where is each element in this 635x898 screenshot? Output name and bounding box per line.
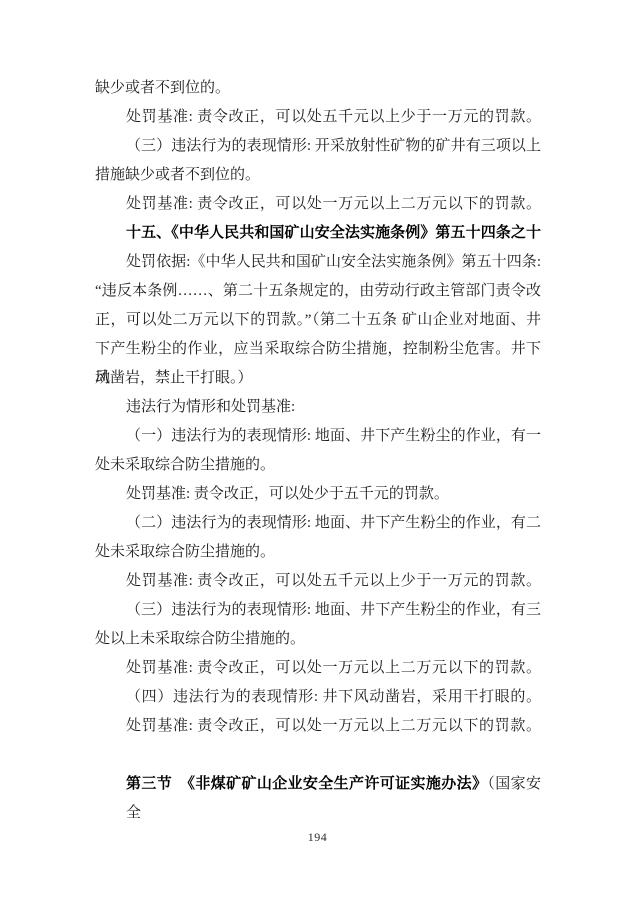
document-page: 缺少或者不到位的。处罚基准: 责令改正，可以处五千元以上少于一万元的罚款。（三）… xyxy=(0,0,635,898)
text-line: 处罚基准: 责令改正，可以处一万元以上二万元以下的罚款。 xyxy=(95,712,541,741)
text-line: 处罚依据:《中华人民共和国矿山安全法实施条例》第五十四条: xyxy=(95,248,541,277)
text-line: 处罚基准: 责令改正，可以处五千元以上少于一万元的罚款。 xyxy=(95,567,541,596)
text-line: 缺少或者不到位的。 xyxy=(95,74,541,103)
text-line: 处未采取综合防尘措施的。 xyxy=(95,538,541,567)
text-line: 处以上未采取综合防尘措施的。 xyxy=(95,625,541,654)
blank-line xyxy=(95,741,541,770)
text-line: 措施缺少或者不到位的。 xyxy=(95,161,541,190)
section-heading: 第三节 《非煤矿矿山企业安全生产许可证实施办法》（国家安全 xyxy=(95,770,541,799)
text-line: （二）违法行为的表现情形: 地面、井下产生粉尘的作业，有二 xyxy=(95,509,541,538)
text-line: （一）违法行为的表现情形: 地面、井下产生粉尘的作业，有一 xyxy=(95,422,541,451)
text-block: 缺少或者不到位的。处罚基准: 责令改正，可以处五千元以上少于一万元的罚款。（三）… xyxy=(95,74,541,799)
page-number: 194 xyxy=(0,830,635,845)
text-line: 处罚基准: 责令改正，可以处少于五千元的罚款。 xyxy=(95,480,541,509)
article-heading: 十五、《中华人民共和国矿山安全法实施条例》第五十四条之十 xyxy=(95,219,541,248)
text-line: 处罚基准: 责令改正，可以处五千元以上少于一万元的罚款。 xyxy=(95,103,541,132)
text-line: 处罚基准: 责令改正，可以处一万元以上二万元以下的罚款。 xyxy=(95,190,541,219)
text-line: （三）违法行为的表现情形: 开采放射性矿物的矿井有三项以上 xyxy=(95,132,541,161)
section-heading-title: 第三节 《非煤矿矿山企业安全生产许可证实施办法》 xyxy=(126,776,487,792)
text-line: （三）违法行为的表现情形: 地面、井下产生粉尘的作业，有三 xyxy=(95,596,541,625)
text-line: 下产生粉尘的作业，应当采取综合防尘措施，控制粉尘危害。井下风 xyxy=(95,335,541,364)
text-line: 处未采取综合防尘措施的。 xyxy=(95,451,541,480)
text-line: “违反本条例……、第二十五条规定的，由劳动行政主管部门责令改 xyxy=(95,277,541,306)
text-line: 动凿岩，禁止干打眼。） xyxy=(95,364,541,393)
text-line: 处罚基准: 责令改正，可以处一万元以上二万元以下的罚款。 xyxy=(95,654,541,683)
text-line: 违法行为情形和处罚基准: xyxy=(95,393,541,422)
text-line: （四）违法行为的表现情形: 井下风动凿岩，采用干打眼的。 xyxy=(95,683,541,712)
text-line: 正，可以处二万元以下的罚款。”（第二十五条 矿山企业对地面、井 xyxy=(95,306,541,335)
